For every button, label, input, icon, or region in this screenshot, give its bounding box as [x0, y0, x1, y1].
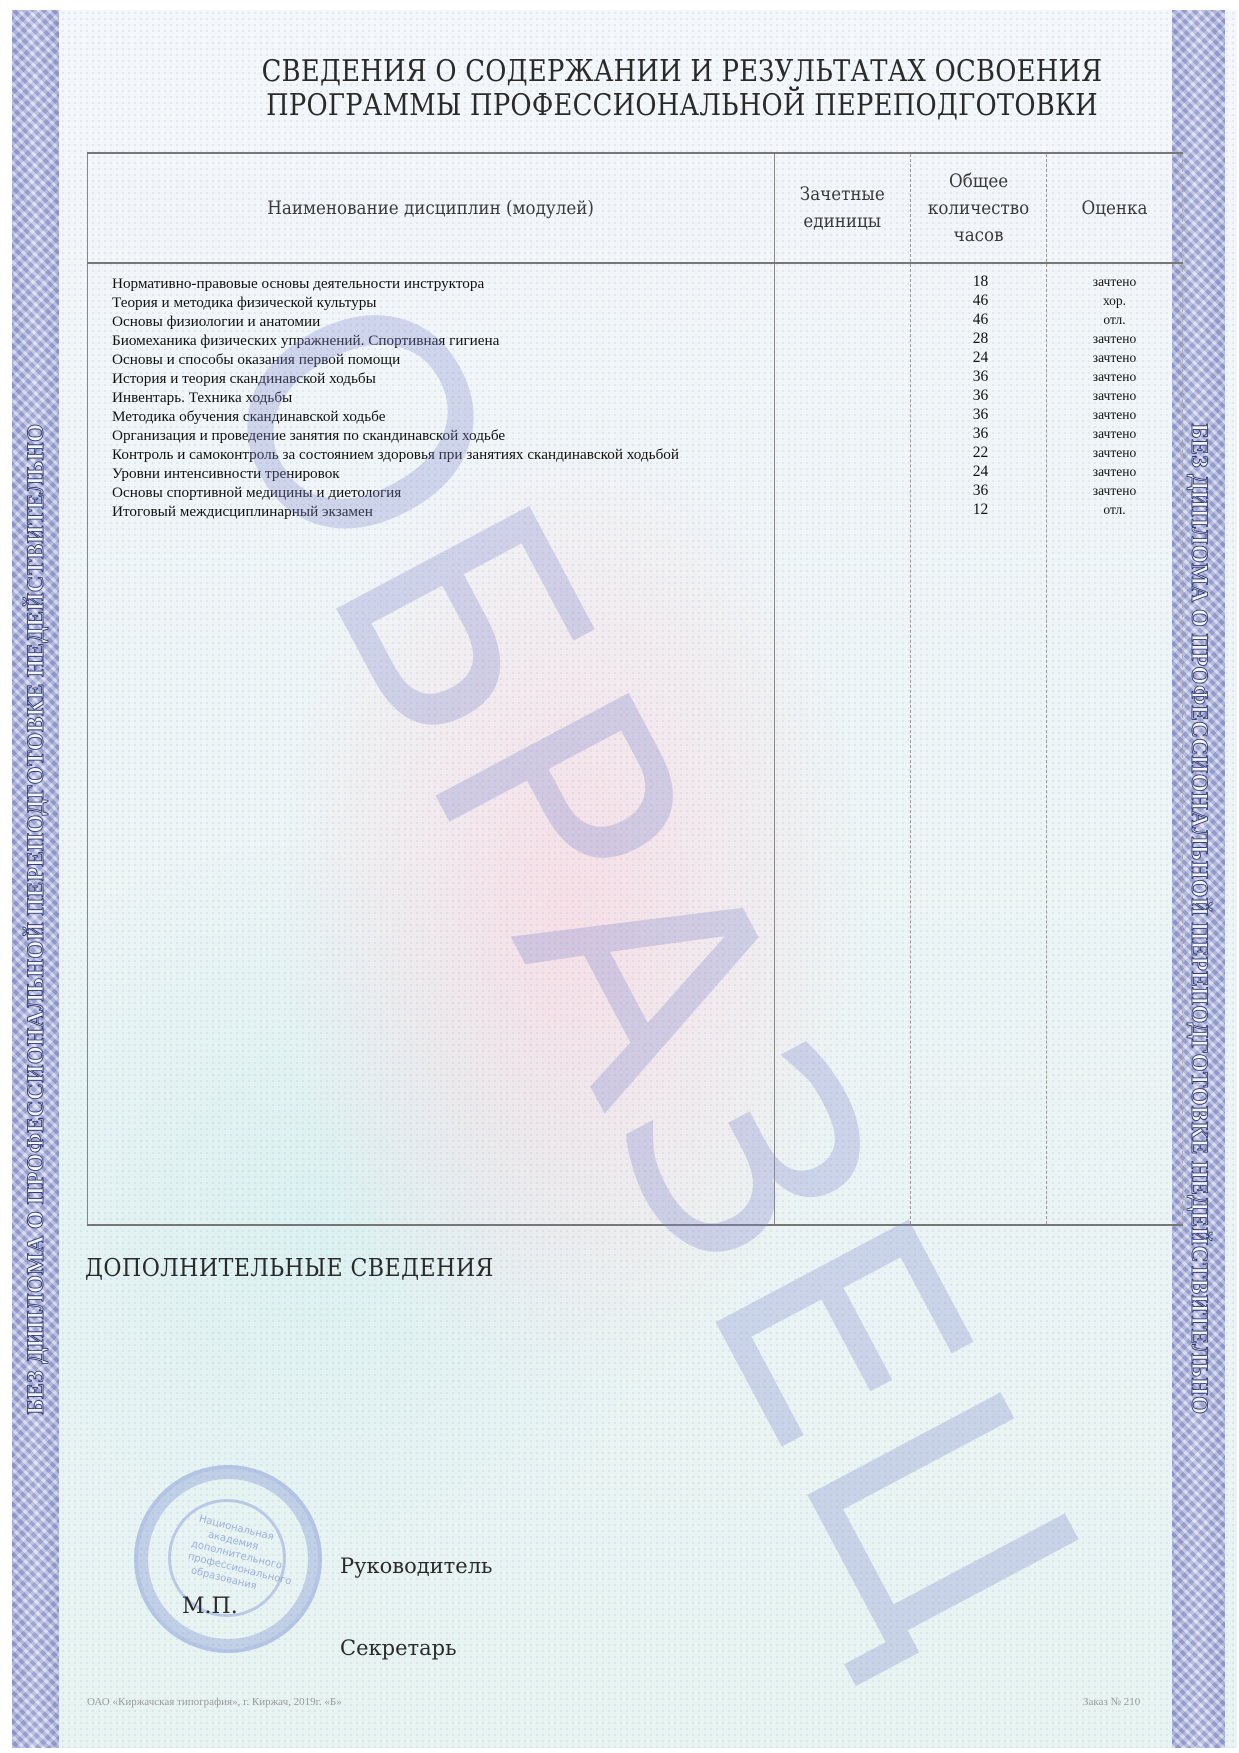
table-header-row: Наименование дисциплин (модулей) Зачетны…: [88, 153, 1183, 263]
table-row-credits: [775, 388, 910, 407]
title-line-1: СВЕДЕНИЯ О СОДЕРЖАНИИ И РЕЗУЛЬТАТАХ ОСВО…: [235, 55, 1129, 89]
table-row-hours: 12: [911, 500, 1046, 519]
table-row-hours: 36: [911, 386, 1046, 405]
table-row-name: Итоговый междисциплинарный экзамен: [88, 502, 774, 521]
table-row-credits: [775, 502, 910, 521]
signature-head-label: Руководитель: [340, 1554, 492, 1578]
table-row-name: Нормативно-правовые основы деятельности …: [88, 274, 774, 293]
table-row-hours: 24: [911, 348, 1046, 367]
table-row-grade: хор.: [1047, 291, 1182, 310]
table-row-name: История и теория скандинавской ходьбы: [88, 369, 774, 388]
order-number: Заказ № 210: [1083, 1696, 1140, 1708]
table-row-credits: [775, 464, 910, 483]
table-row-name: Основы спортивной медицины и диетология: [88, 483, 774, 502]
table-row-name: Основы и способы оказания первой помощи: [88, 350, 774, 369]
table-row-name: Организация и проведение занятия по скан…: [88, 426, 774, 445]
table-row-hours: 22: [911, 443, 1046, 462]
table-row-credits: [775, 331, 910, 350]
table-row-grade: зачтено: [1047, 348, 1182, 367]
header-total-hours: Общееколичествочасов: [911, 153, 1047, 263]
table-row-grade: зачтено: [1047, 405, 1182, 424]
table-row-grade: зачтено: [1047, 462, 1182, 481]
table-row-grade: зачтено: [1047, 424, 1182, 443]
table-row-hours: 36: [911, 481, 1046, 500]
table-body-row: Нормативно-правовые основы деятельности …: [88, 263, 1183, 1225]
table-row-name: Инвентарь. Техника ходьбы: [88, 388, 774, 407]
table-row-credits: [775, 350, 910, 369]
table-row-hours: 36: [911, 405, 1046, 424]
table-row-hours: 46: [911, 310, 1046, 329]
table-row-credits: [775, 407, 910, 426]
table-row-name: Уровни интенсивности тренировок: [88, 464, 774, 483]
table-row-hours: 28: [911, 329, 1046, 348]
table-row-name: Биомеханика физических упражнений. Спорт…: [88, 331, 774, 350]
table-row-name: Теория и методика физической культуры: [88, 293, 774, 312]
diploma-supplement-sheet: БЕЗ ДИПЛОМА О ПРОФЕССИОНАЛЬНОЙ ПЕРЕПОДГО…: [12, 10, 1237, 1748]
left-border-text: БЕЗ ДИПЛОМА О ПРОФЕССИОНАЛЬНОЙ ПЕРЕПОДГО…: [23, 424, 49, 1415]
grades-column: зачтенохор.отл.зачтенозачтенозачтенозачт…: [1047, 263, 1183, 1225]
additional-info-title: ДОПОЛНИТЕЛЬНЫЕ СВЕДЕНИЯ: [85, 1254, 494, 1282]
table-row-grade: зачтено: [1047, 481, 1182, 500]
printer-imprint: ОАО «Киржачская типография», г. Киржач, …: [87, 1696, 342, 1708]
disciplines-table: Наименование дисциплин (модулей) Зачетны…: [87, 152, 1183, 1226]
table-row-credits: [775, 483, 910, 502]
header-discipline-name: Наименование дисциплин (модулей): [88, 153, 775, 263]
table-row-hours: 24: [911, 462, 1046, 481]
title-line-2: ПРОГРАММЫ ПРОФЕССИОНАЛЬНОЙ ПЕРЕПОДГОТОВК…: [235, 89, 1129, 123]
table-row-grade: отл.: [1047, 310, 1182, 329]
table-row-credits: [775, 426, 910, 445]
document-title: СВЕДЕНИЯ О СОДЕРЖАНИИ И РЕЗУЛЬТАТАХ ОСВО…: [235, 55, 1129, 123]
official-seal-stamp: Национальная академия дополнительного пр…: [134, 1465, 322, 1653]
right-border-text: БЕЗ ДИПЛОМА О ПРОФЕССИОНАЛЬНОЙ ПЕРЕПОДГО…: [1186, 424, 1212, 1415]
table-row-credits: [775, 445, 910, 464]
credits-column: [775, 263, 911, 1225]
table-row-grade: зачтено: [1047, 367, 1182, 386]
table-row-credits: [775, 274, 910, 293]
table-row-hours: 46: [911, 291, 1046, 310]
left-guilloche-border: БЕЗ ДИПЛОМА О ПРОФЕССИОНАЛЬНОЙ ПЕРЕПОДГО…: [12, 10, 59, 1748]
header-grade: Оценка: [1047, 153, 1183, 263]
table-row-name: Основы физиологии и анатомии: [88, 312, 774, 331]
table-row-grade: отл.: [1047, 500, 1182, 519]
table-row-credits: [775, 293, 910, 312]
table-row-hours: 18: [911, 272, 1046, 291]
header-credits: Зачетныеединицы: [775, 153, 911, 263]
table-row-grade: зачтено: [1047, 329, 1182, 348]
table-row-credits: [775, 369, 910, 388]
table-row-hours: 36: [911, 424, 1046, 443]
table-row-grade: зачтено: [1047, 272, 1182, 291]
table-row-credits: [775, 312, 910, 331]
table-row-grade: зачтено: [1047, 386, 1182, 405]
table-row-grade: зачтено: [1047, 443, 1182, 462]
signature-secretary-label: Секретарь: [340, 1636, 457, 1660]
stamp-text: Национальная академия дополнительного пр…: [183, 1512, 276, 1594]
table-row-name: Методика обучения скандинавской ходьбе: [88, 407, 774, 426]
table-row-hours: 36: [911, 367, 1046, 386]
table-row-name: Контроль и самоконтроль за состоянием зд…: [88, 445, 774, 464]
seal-place-label: М.П.: [182, 1594, 238, 1619]
discipline-names-column: Нормативно-правовые основы деятельности …: [88, 263, 775, 1225]
hours-column: 18464628243636363622243612: [911, 263, 1047, 1225]
